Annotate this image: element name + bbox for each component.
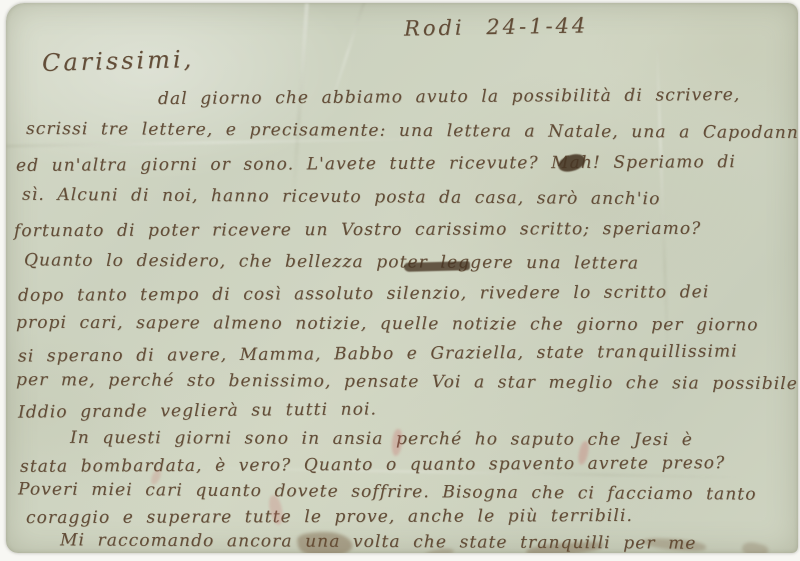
letter-line: In questi giorni sono in ansia perché ho… [70,428,693,450]
letter-line: propi cari, sapere almeno notizie, quell… [16,313,759,336]
letter-line: scrissi tre lettere, e precisamente: una… [26,119,798,143]
letter-line: stata bombardata, è vero? Quanto o quant… [20,453,725,477]
letter-line: dal giorno che abbiamo avuto la possibil… [158,85,741,109]
letter-line: per me, perché sto benissimo, pensate Vo… [16,370,798,394]
letter-line: ed un'altra giorni or sono. L'avete tutt… [16,152,736,176]
letter-line: Iddio grande veglierà su tutti noi. [18,399,377,422]
letter-line: Mi raccomando ancora una volta che state… [60,530,697,553]
red-pencil-smudge [391,429,403,457]
letter-line: coraggio e superare tutte le prove, anch… [26,506,633,528]
letter-line: Quanto lo desidero, che bellezza poter l… [24,250,639,273]
letter-card: Rodi 24-1-44 Carissimi, dal giorno che a… [6,3,798,553]
letter-salutation: Carissimi, [42,45,195,77]
scanned-letter-page: Rodi 24-1-44 Carissimi, dal giorno che a… [0,0,800,561]
letter-line: fortunato di poter ricevere un Vostro ca… [14,219,701,241]
letter-line: si sperano di avere, Mamma, Babbo e Graz… [18,341,738,366]
letter-dateline: Rodi 24-1-44 [404,13,589,40]
letter-line: sì. Alcuni di noi, hanno ricevuto posta … [22,185,661,209]
letter-line: dopo tanto tempo di così assoluto silenz… [18,282,709,306]
bleedthrough-ink [741,540,770,553]
letter-line: Poveri miei cari quanto dovete soffrire.… [18,479,757,504]
strikethrough-mark [404,261,470,272]
